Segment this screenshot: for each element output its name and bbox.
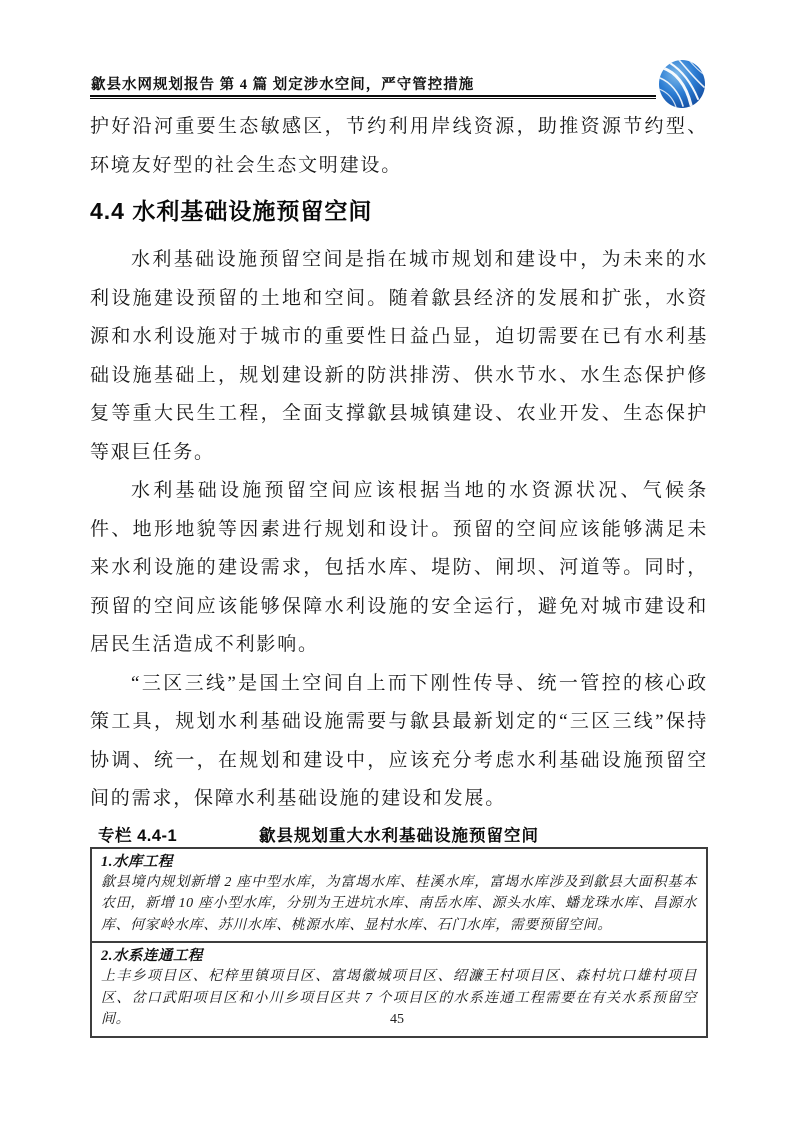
callout-section-text: 歙县境内规划新增 2 座中型水库，为富堨水库、桂溪水库，富堨水库涉及到歙县大面积…: [101, 872, 697, 937]
water-network-globe-logo-icon: [658, 59, 706, 109]
paragraph-planning-principles: 水利基础设施预留空间应该根据当地的水资源状况、气候条件、地形地貌等因素进行规划和…: [90, 472, 708, 665]
header-rule: [90, 95, 656, 99]
callout-section-heading: 1.水库工程: [101, 852, 697, 872]
header-title: 歙县水网规划报告 第 4 篇 划定涉水空间，严守管控措施: [91, 73, 474, 94]
callout-title: 歙县规划重大水利基础设施预留空间: [90, 822, 708, 846]
paragraph-continuation: 护好沿河重要生态敏感区，节约利用岸线资源，助推资源节约型、环境友好型的社会生态文…: [90, 108, 708, 185]
paragraph-overview: 水利基础设施预留空间是指在城市规划和建设中，为未来的水利设施建设预留的土地和空间…: [90, 241, 708, 472]
callout-section-reservoir-projects: 1.水库工程 歙县境内规划新增 2 座中型水库，为富堨水库、桂溪水库，富堨水库涉…: [92, 849, 706, 942]
callout-section-heading: 2.水系连通工程: [101, 946, 697, 966]
page-number: 45: [390, 1012, 404, 1027]
page-footer: 45: [0, 1012, 794, 1028]
paragraph-three-zones-three-lines: “三区三线”是国土空间自上而下刚性传导、统一管控的核心政策工具，规划水利基础设施…: [90, 665, 708, 819]
callout-caption: 专栏 4.4-1 歙县规划重大水利基础设施预留空间: [90, 822, 708, 844]
callout-box: 1.水库工程 歙县境内规划新增 2 座中型水库，为富堨水库、桂溪水库，富堨水库涉…: [90, 847, 708, 1038]
document-body: 护好沿河重要生态敏感区，节约利用岸线资源，助推资源节约型、环境友好型的社会生态文…: [90, 108, 708, 1038]
callout-label: 专栏 4.4-1: [98, 822, 177, 846]
section-heading-4-4: 4.4 水利基础设施预留空间: [90, 195, 708, 228]
document-page: 歙县水网规划报告 第 4 篇 划定涉水空间，严守管控措施: [0, 0, 794, 1122]
